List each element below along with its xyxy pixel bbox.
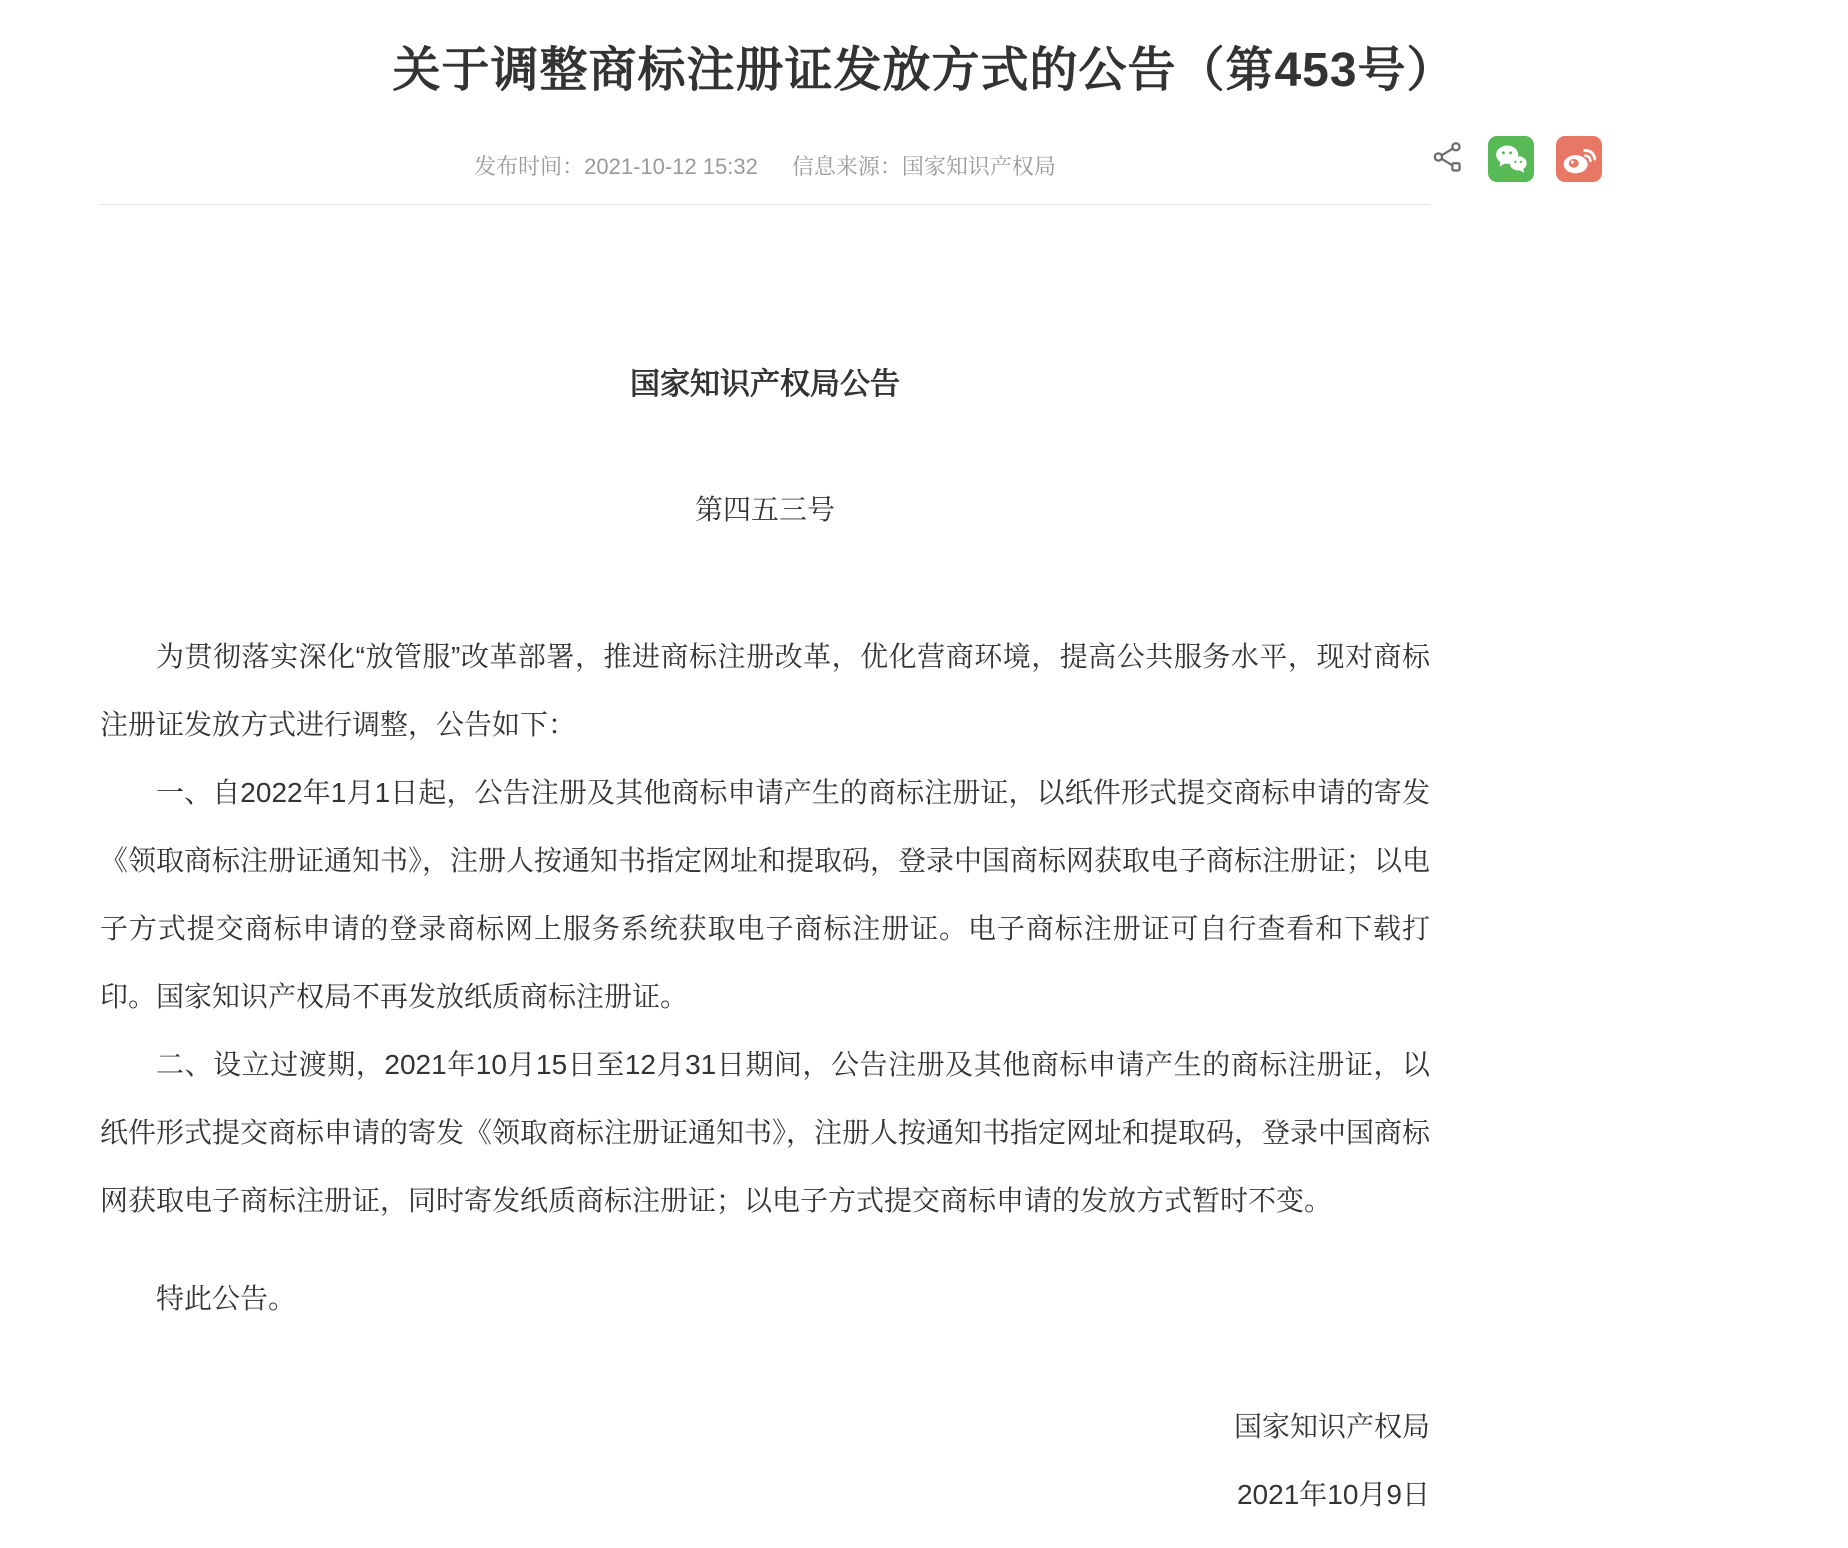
meta-info: 发布时间：2021-10-12 15:32信息来源：国家知识产权局 bbox=[100, 142, 1430, 192]
weibo-icon[interactable] bbox=[1556, 136, 1602, 182]
paragraphs-container: 为贯彻落实深化“放管服”改革部署，推进商标注册改革，优化营商环境，提高公共服务水… bbox=[100, 623, 1430, 1333]
wechat-icon[interactable] bbox=[1488, 136, 1534, 182]
closing-statement: 特此公告。 bbox=[100, 1265, 1430, 1333]
page-title: 关于调整商标注册证发放方式的公告（第453号） bbox=[174, 38, 1674, 104]
signature-block: 国家知识产权局 2021年10月9日 bbox=[100, 1393, 1430, 1529]
org-heading: 国家知识产权局公告 bbox=[100, 365, 1430, 405]
publish-time-label: 发布时间： bbox=[474, 154, 584, 179]
doc-number: 第四五三号 bbox=[100, 490, 1430, 530]
publish-time-value: 2021-10-12 15:32 bbox=[584, 154, 758, 179]
document-header: 关于调整商标注册证发放方式的公告（第453号） 发布时间：2021-10-12 … bbox=[0, 0, 1848, 205]
source-label: 信息来源： bbox=[792, 154, 902, 179]
source-value: 国家知识产权局 bbox=[902, 154, 1056, 179]
meta-row: 发布时间：2021-10-12 15:32信息来源：国家知识产权局 bbox=[100, 142, 1430, 192]
paragraph-intro: 为贯彻落实深化“放管服”改革部署，推进商标注册改革，优化营商环境，提高公共服务水… bbox=[100, 623, 1430, 759]
share-toolbar bbox=[1430, 136, 1602, 182]
announcement-page: 关于调整商标注册证发放方式的公告（第453号） 发布时间：2021-10-12 … bbox=[0, 0, 1848, 1548]
signature-date: 2021年10月9日 bbox=[100, 1461, 1430, 1529]
announcement-body: 国家知识产权局公告 第四五三号 为贯彻落实深化“放管服”改革部署，推进商标注册改… bbox=[100, 205, 1430, 1529]
signature-org: 国家知识产权局 bbox=[100, 1393, 1430, 1461]
paragraph-item-1: 一、自2022年1月1日起，公告注册及其他商标申请产生的商标注册证，以纸件形式提… bbox=[100, 759, 1430, 1031]
share-nodes-icon[interactable] bbox=[1430, 139, 1466, 180]
paragraph-item-2: 二、设立过渡期，2021年10月15日至12月31日期间，公告注册及其他商标申请… bbox=[100, 1031, 1430, 1235]
